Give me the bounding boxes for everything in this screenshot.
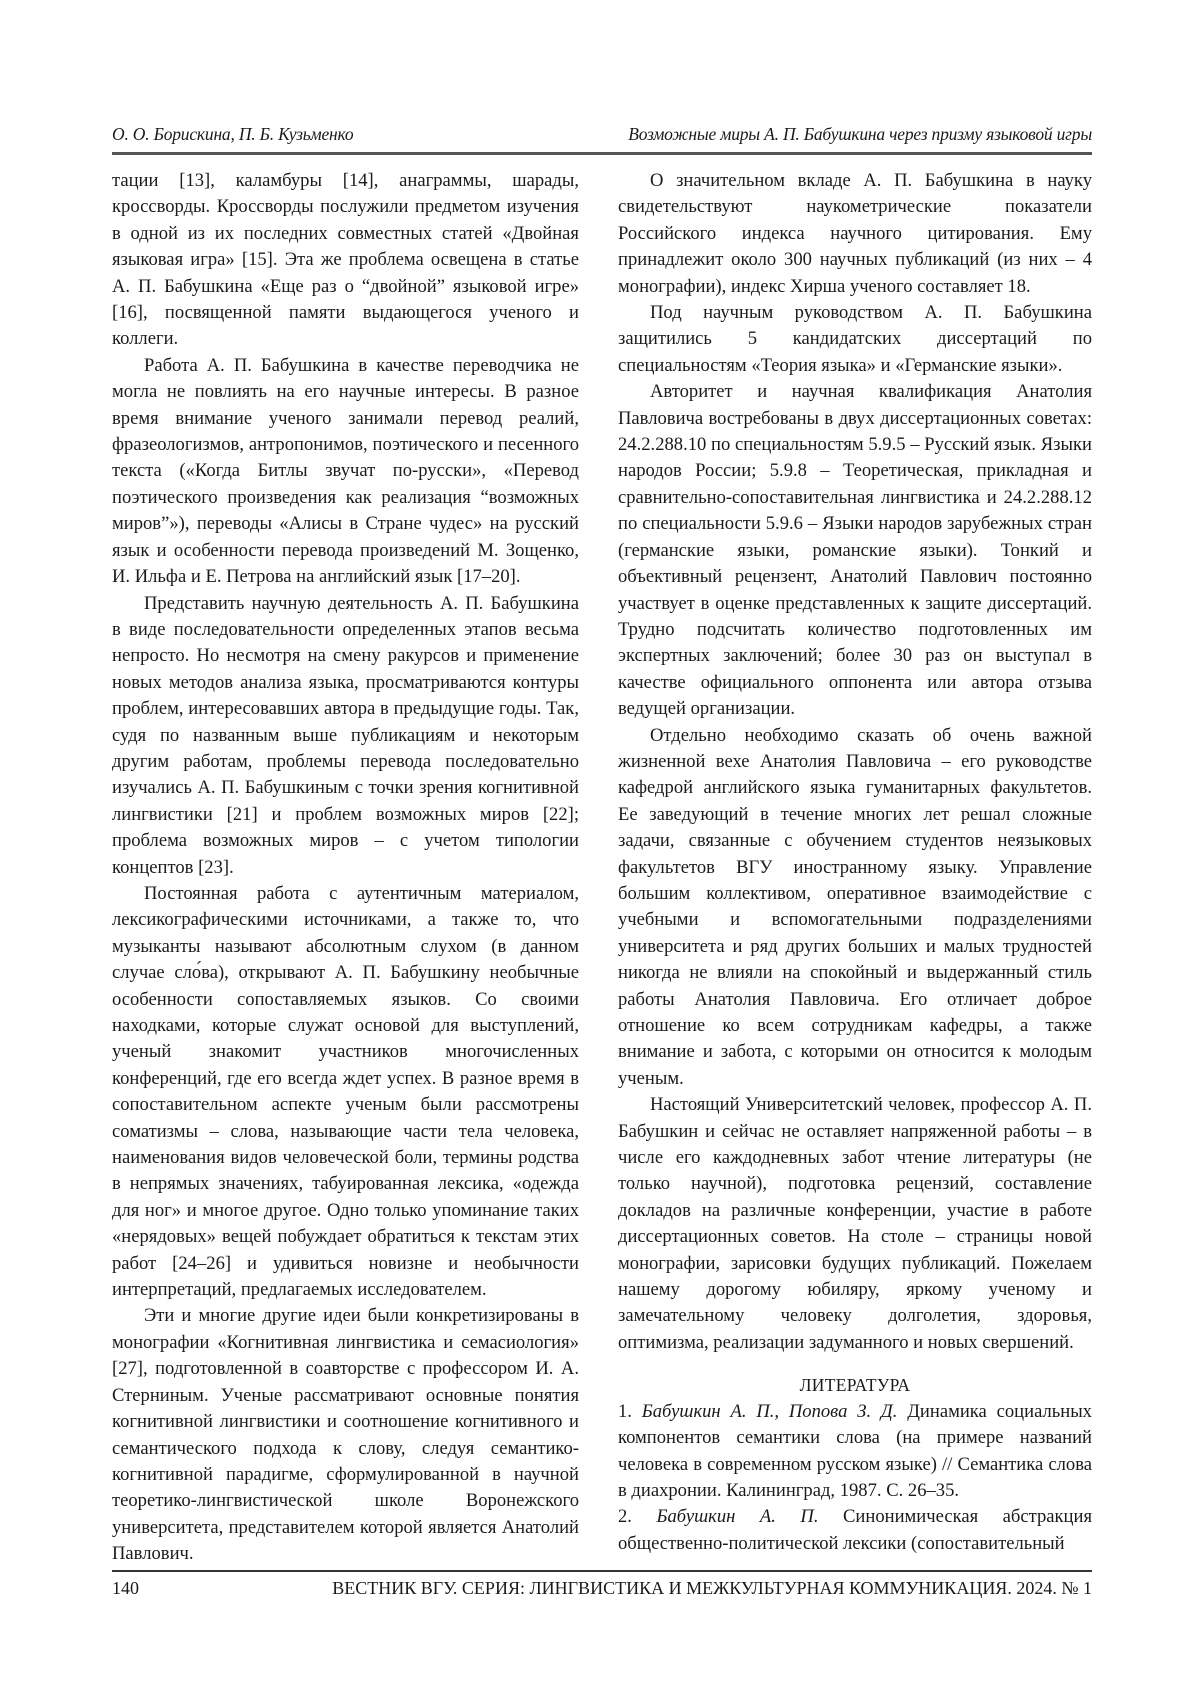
right-column: О значительном вкладе А. П. Бабушкина в … — [618, 168, 1092, 1557]
references-heading: ЛИТЕРАТУРА — [618, 1372, 1092, 1398]
reference-number: 2. — [618, 1506, 632, 1527]
reference-number: 1. — [618, 1401, 632, 1422]
header-article-title: Возможные миры А. П. Бабушкина через при… — [628, 124, 1092, 145]
header-divider — [112, 152, 1092, 155]
header-authors: О. О. Борискина, П. Б. Кузьменко — [112, 124, 353, 145]
running-header: О. О. Борискина, П. Б. Кузьменко Возможн… — [112, 124, 1092, 145]
paragraph: Под научным руководством А. П. Бабушкина… — [618, 300, 1092, 379]
running-footer: 140 ВЕСТНИК ВГУ. СЕРИЯ: ЛИНГВИСТИКА И МЕ… — [112, 1578, 1092, 1599]
paragraph: О значительном вкладе А. П. Бабушкина в … — [618, 168, 1092, 300]
paragraph: Постоянная работа с аутентичным материал… — [112, 881, 579, 1304]
reference-item: 2. Бабушкин А. П. Синонимическая абстрак… — [618, 1504, 1092, 1557]
reference-item: 1. Бабушкин А. П., Попова З. Д. Динамика… — [618, 1399, 1092, 1505]
journal-name: ВЕСТНИК ВГУ. СЕРИЯ: ЛИНГВИСТИКА И МЕЖКУЛ… — [332, 1578, 1092, 1599]
page-number: 140 — [112, 1578, 139, 1599]
paragraph: тации [13], каламбуры [14], анаграммы, ш… — [112, 168, 579, 353]
left-column: тации [13], каламбуры [14], анаграммы, ш… — [112, 168, 579, 1568]
reference-authors: Бабушкин А. П. — [656, 1506, 818, 1527]
paragraph: Представить научную деятельность А. П. Б… — [112, 591, 579, 881]
paragraph: Авторитет и научная квалификация Анатоли… — [618, 379, 1092, 722]
paragraph: Эти и многие другие идеи были конкретизи… — [112, 1303, 579, 1567]
paragraph: Работа А. П. Бабушкина в качестве перево… — [112, 353, 579, 591]
paragraph: Настоящий Университетский человек, профе… — [618, 1092, 1092, 1356]
reference-authors: Бабушкин А. П., Попова З. Д. — [642, 1401, 898, 1422]
paragraph: Отдельно необходимо сказать об очень важ… — [618, 723, 1092, 1093]
footer-divider — [112, 1570, 1092, 1572]
